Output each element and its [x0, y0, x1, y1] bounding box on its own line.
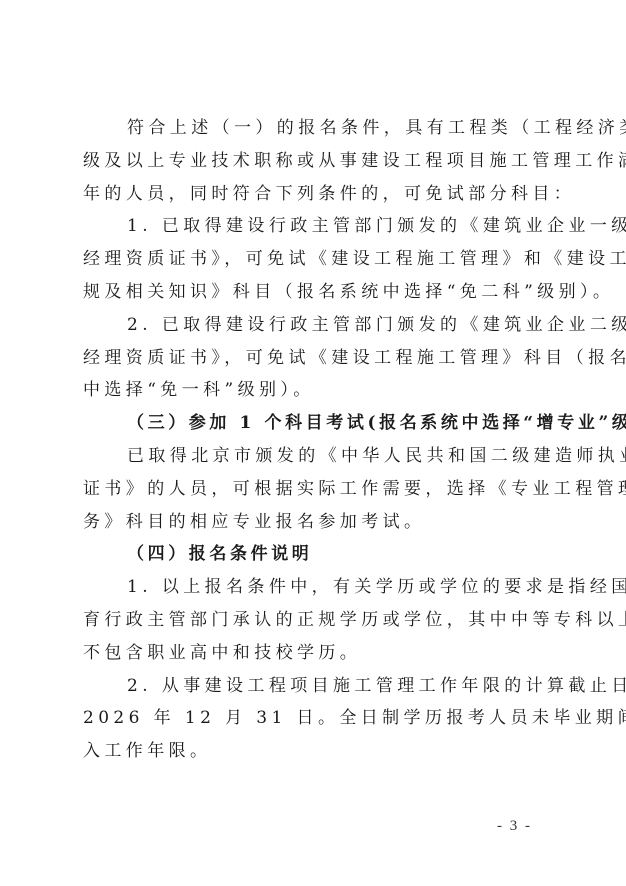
section-heading-three: （三）参加 1 个科目考试(报名系统中选择“增专业”级别) — [83, 407, 551, 440]
list-item-second-class-certificate: 2. 已取得建设行政主管部门颁发的《建筑业企业二级项目 经理资质证书》，可免试《… — [83, 309, 551, 407]
section-heading-four: （四）报名条件说明 — [83, 538, 551, 571]
text-line: 经理资质证书》，可免试《建设工程施工管理》和《建设工程法 — [83, 243, 551, 276]
text-line: 2. 已取得建设行政主管部门颁发的《建筑业企业二级项目 — [83, 309, 551, 342]
text-line: 中选择“免一科”级别）。 — [83, 374, 551, 407]
document-body: 符合上述（一）的报名条件，具有工程类（工程经济类）中 级及以上专业技术职称或从事… — [83, 112, 551, 768]
text-line: 证书》的人员，可根据实际工作需要，选择《专业工程管理与实 — [83, 473, 551, 506]
heading-text: （四）报名条件说明 — [83, 538, 551, 571]
text-line: 经理资质证书》，可免试《建设工程施工管理》科目（报名系统 — [83, 342, 551, 375]
text-line: 育行政主管部门承认的正规学历或学位，其中中等专科以上学历 — [83, 604, 551, 637]
text-line: 年的人员，同时符合下列条件的，可免试部分科目： — [83, 178, 551, 211]
paragraph-exemption-intro: 符合上述（一）的报名条件，具有工程类（工程经济类）中 级及以上专业技术职称或从事… — [83, 112, 551, 210]
text-line: 规及相关知识》科目（报名系统中选择“免二科”级别）。 — [83, 276, 551, 309]
text-line: 不包含职业高中和技校学历。 — [83, 637, 551, 670]
list-item-work-years-deadline: 2. 从事建设工程项目施工管理工作年限的计算截止日期为 2026 年 12 月 … — [83, 670, 551, 768]
document-page: 符合上述（一）的报名条件，具有工程类（工程经济类）中 级及以上专业技术职称或从事… — [0, 0, 626, 886]
text-line: 2026 年 12 月 31 日。全日制学历报考人员未毕业期间经历不计 — [83, 702, 551, 735]
page-number: - 3 - — [497, 818, 532, 835]
paragraph-add-specialty: 已取得北京市颁发的《中华人民共和国二级建造师执业资格 证书》的人员，可根据实际工… — [83, 440, 551, 538]
text-line: 2. 从事建设工程项目施工管理工作年限的计算截止日期为 — [83, 670, 551, 703]
text-line: 已取得北京市颁发的《中华人民共和国二级建造师执业资格 — [83, 440, 551, 473]
text-line: 级及以上专业技术职称或从事建设工程项目施工管理工作满 15 — [83, 145, 551, 178]
list-item-education-requirement: 1. 以上报名条件中，有关学历或学位的要求是指经国家教 育行政主管部门承认的正规… — [83, 571, 551, 669]
text-line: 1. 以上报名条件中，有关学历或学位的要求是指经国家教 — [83, 571, 551, 604]
heading-text: （三）参加 1 个科目考试(报名系统中选择“增专业”级别) — [83, 407, 551, 440]
text-line: 入工作年限。 — [83, 735, 551, 768]
text-line: 务》科目的相应专业报名参加考试。 — [83, 506, 551, 539]
text-line: 1. 已取得建设行政主管部门颁发的《建筑业企业一级项目 — [83, 210, 551, 243]
list-item-first-class-certificate: 1. 已取得建设行政主管部门颁发的《建筑业企业一级项目 经理资质证书》，可免试《… — [83, 210, 551, 308]
text-line: 符合上述（一）的报名条件，具有工程类（工程经济类）中 — [83, 112, 551, 145]
